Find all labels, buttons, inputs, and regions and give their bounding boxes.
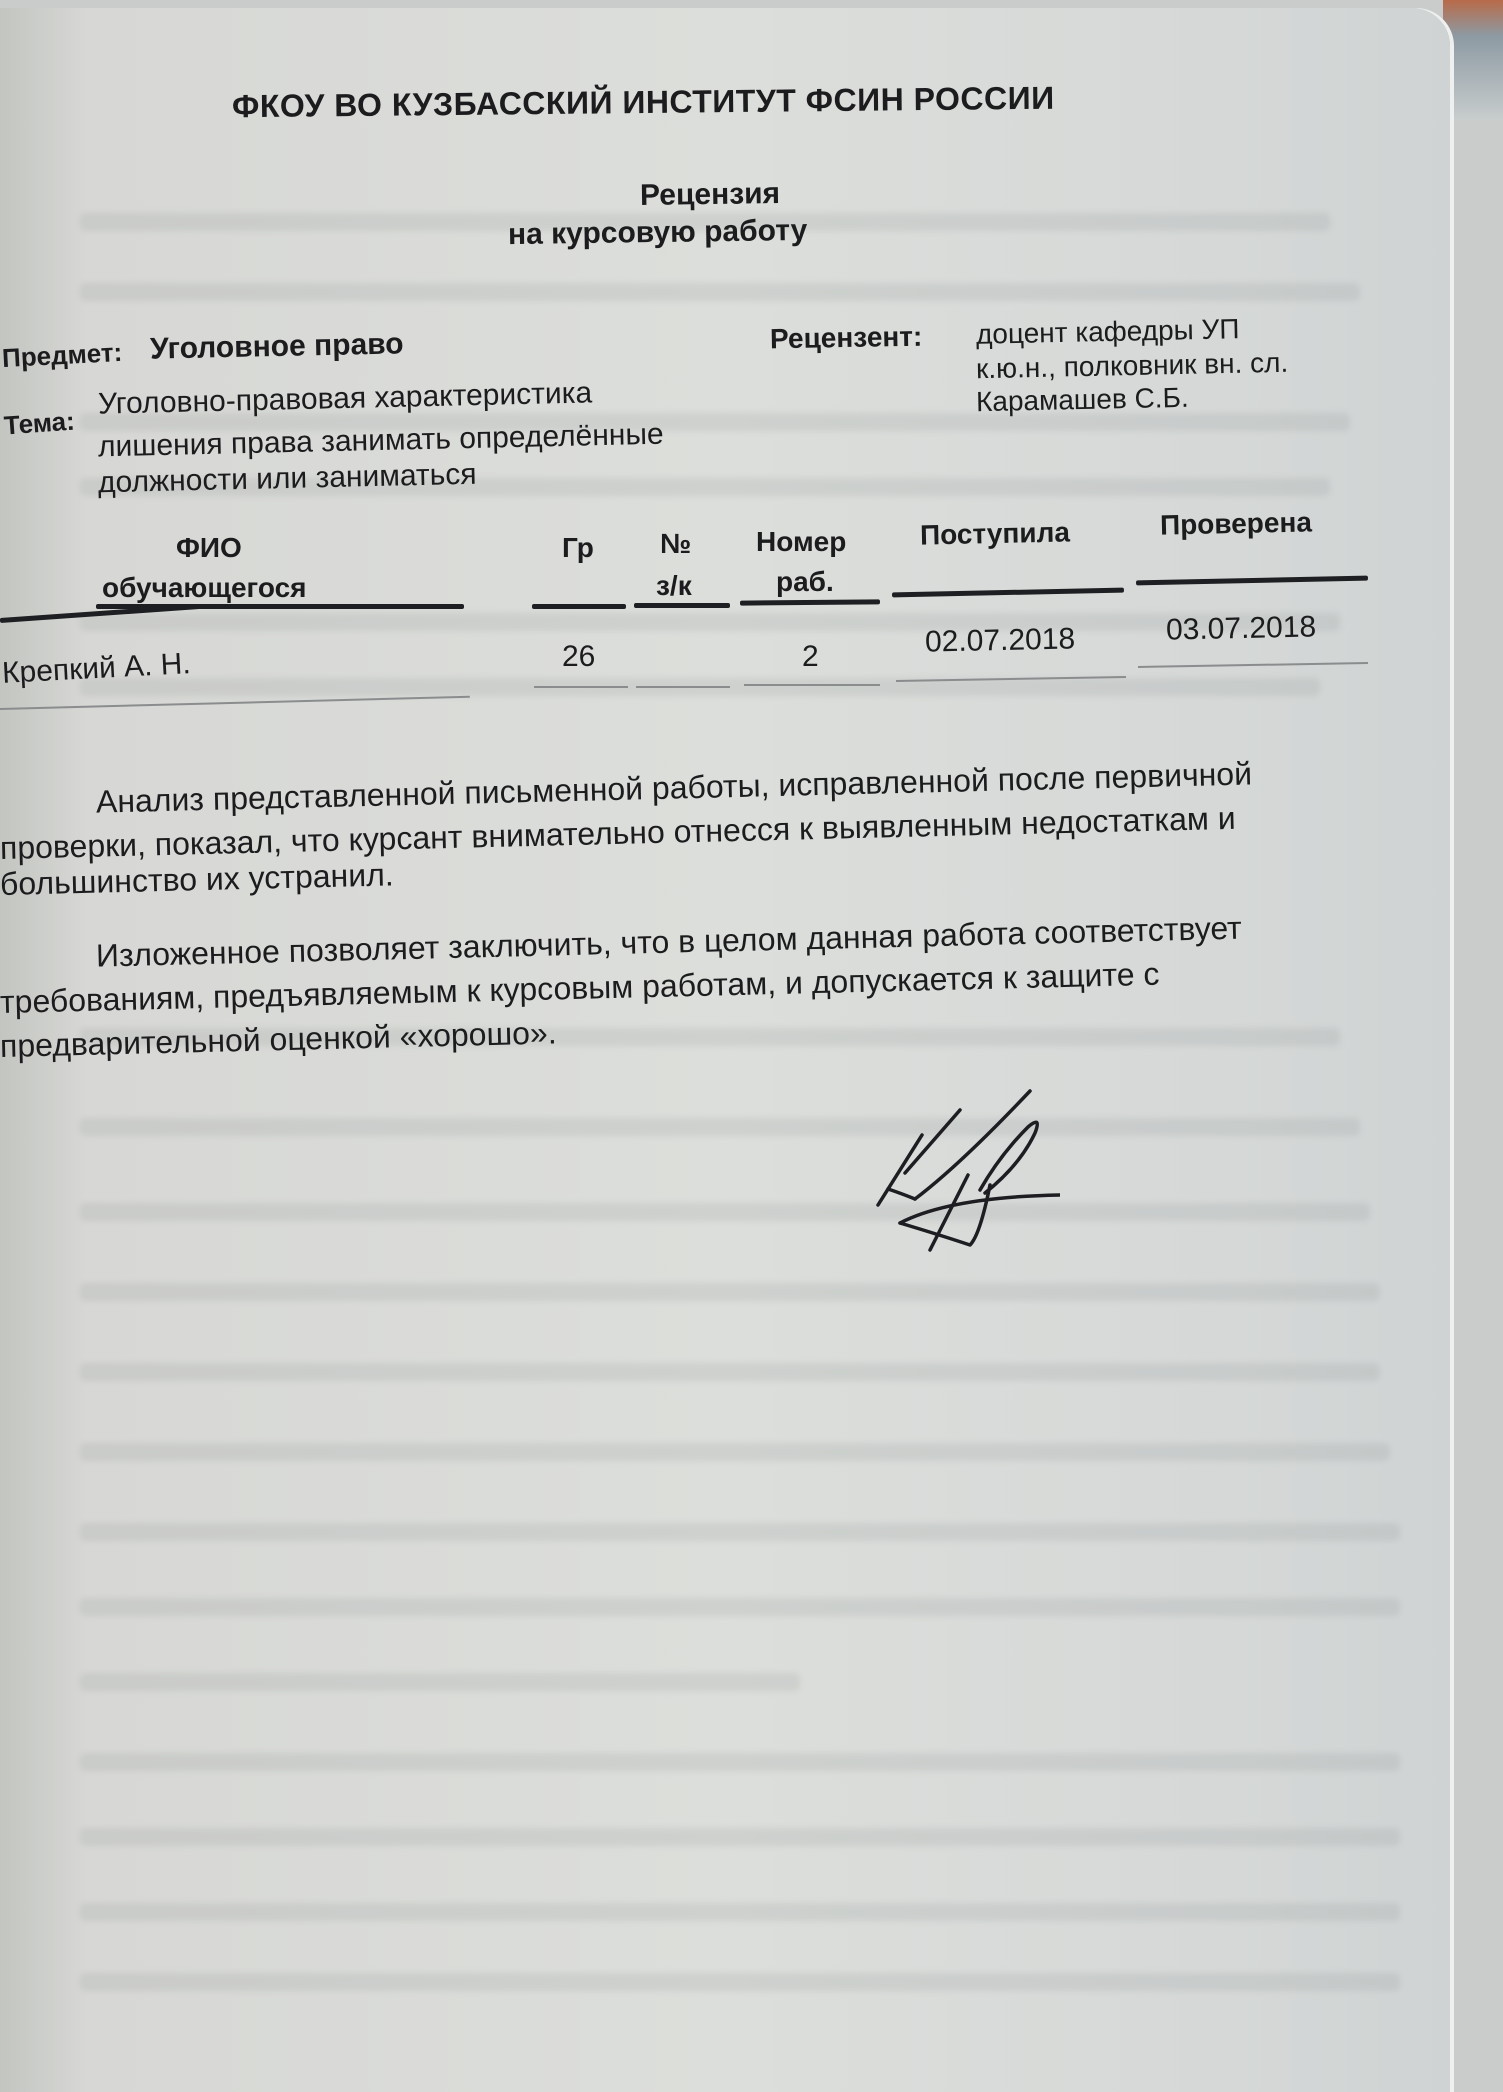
cell-work-number: 2	[802, 640, 819, 674]
bleed-through-line	[80, 1523, 1400, 1541]
bleed-through-line	[80, 1283, 1380, 1301]
topic-label: Тема:	[3, 406, 76, 442]
document-title: Рецензия	[640, 177, 781, 213]
row-underline	[744, 684, 880, 686]
reviewer-line: к.ю.н., полковник вн. сл.	[976, 347, 1289, 386]
bleed-through-line	[80, 1443, 1390, 1461]
header-underline	[532, 604, 626, 609]
bleed-through-line	[80, 1903, 1400, 1921]
bleed-through-line	[80, 1363, 1380, 1381]
document-subtitle: на курсовую работу	[508, 214, 808, 252]
bleed-through-line	[80, 1203, 1370, 1221]
row-underline	[636, 686, 730, 688]
header-underline	[634, 603, 730, 608]
subject-label: Предмет:	[1, 337, 123, 374]
header-record-sub: з/к	[656, 570, 692, 602]
background-edge	[1443, 0, 1503, 120]
reviewer-label: Рецензент:	[770, 321, 923, 356]
header-work-number-sub: раб.	[776, 566, 834, 598]
reviewer-line: Карамашев С.Б.	[976, 382, 1189, 418]
subject-value: Уголовное право	[150, 327, 404, 366]
cell-group: 26	[562, 640, 595, 674]
header-group: Гр	[562, 532, 594, 564]
cell-received: 02.07.2018	[925, 622, 1076, 659]
bleed-through-line	[80, 1753, 1400, 1771]
bleed-through-line	[80, 613, 1340, 631]
bleed-through-line	[80, 1673, 800, 1691]
bleed-through-line	[80, 1598, 1400, 1616]
header-fio: ФИО	[176, 532, 242, 564]
bleed-through-line	[80, 1828, 1400, 1846]
header-underline	[96, 604, 464, 609]
signature-icon	[860, 1085, 1060, 1255]
header-received: Поступила	[920, 516, 1071, 551]
header-work-number: Номер	[756, 526, 846, 558]
bleed-through-line	[80, 1973, 1400, 1991]
bleed-through-line	[80, 1118, 1360, 1136]
reviewer-line: доцент кафедры УП	[976, 313, 1240, 351]
cell-checked: 03.07.2018	[1166, 610, 1317, 647]
header-checked: Проверена	[1160, 506, 1313, 541]
bleed-through-line	[80, 283, 1360, 301]
header-record: №	[660, 528, 691, 560]
row-underline	[534, 686, 628, 688]
header-fio-sub: обучающегося	[102, 572, 306, 604]
